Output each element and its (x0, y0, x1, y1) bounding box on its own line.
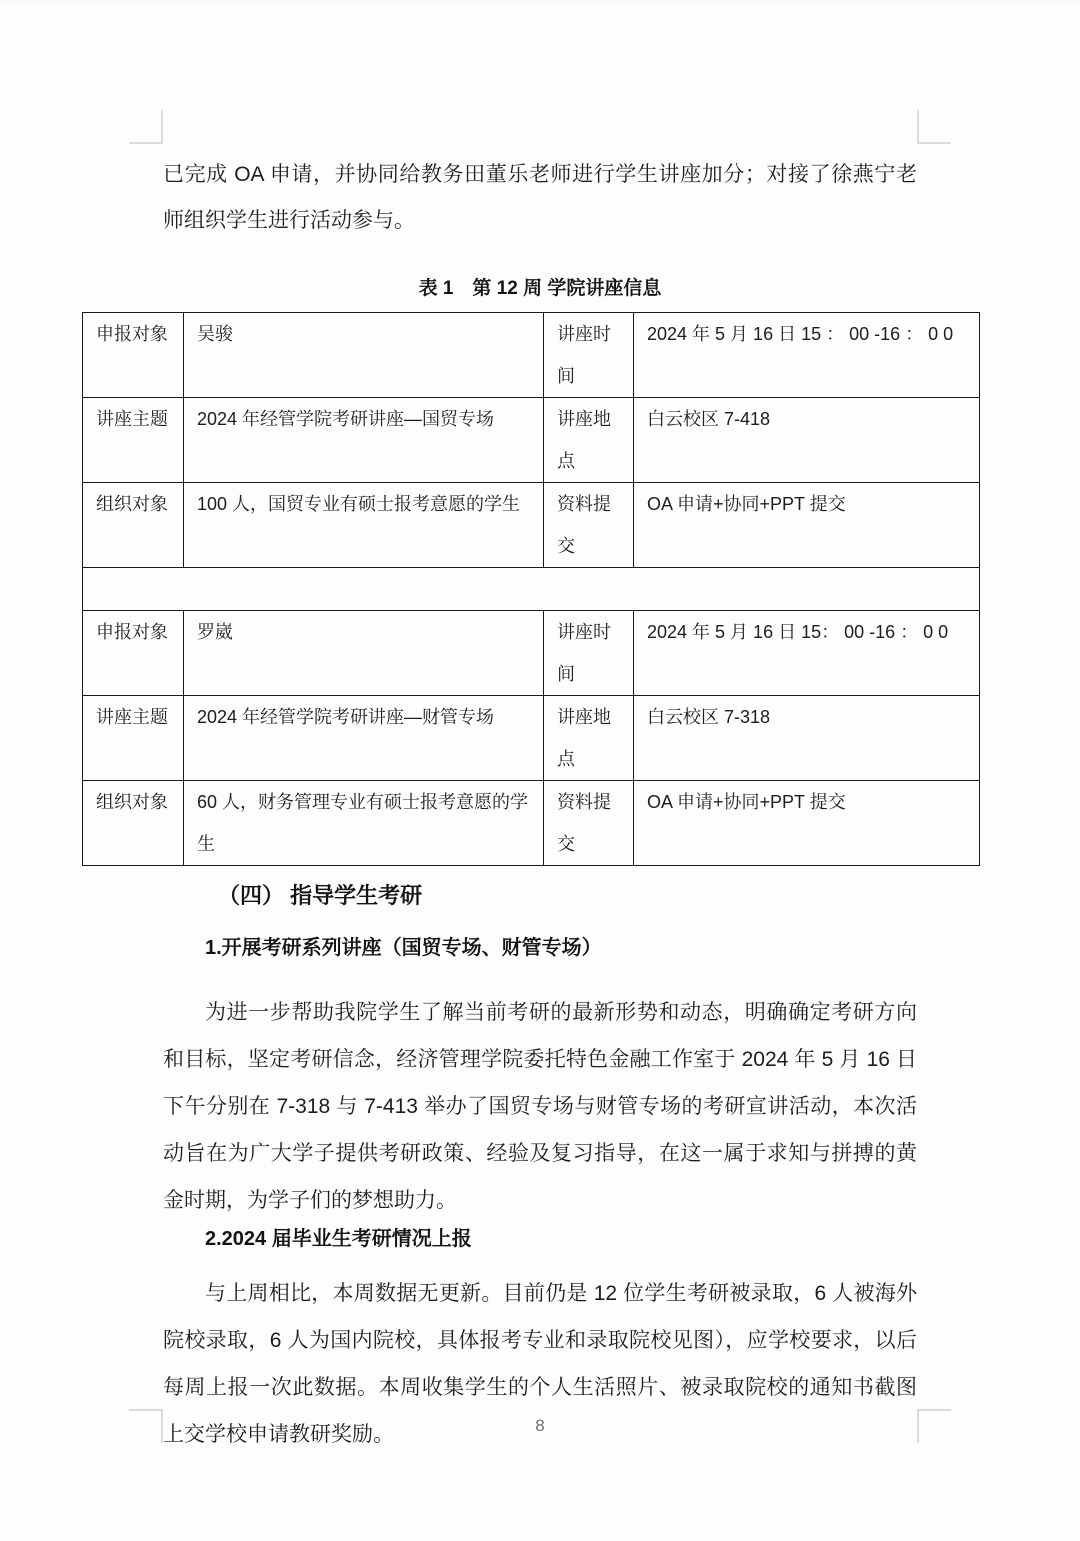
table-row-block1-topic: 讲座主题 2024 年经管学院考研讲座—国贸专场 讲座地点 白云校区 7-418 (83, 398, 980, 483)
paragraph-lecture-series: 为进一步帮助我院学生了解当前考研的最新形势和动态，明确确定考研方向和目标，坚定考… (163, 989, 917, 1224)
margin-crop-mark-top-left (129, 110, 163, 144)
table-row-empty (83, 568, 980, 611)
cell-value: OA 申请+协同+PPT 提交 (634, 781, 980, 866)
cell-value: 白云校区 7-318 (634, 696, 980, 781)
subheading-1-lecture-series: 1.开展考研系列讲座（国贸专场、财管专场） (163, 933, 917, 963)
paragraph-oa-application: 已完成 OA 申请，并协同给教务田董乐老师进行学生讲座加分；对接了徐燕宁老师组织… (163, 152, 917, 244)
document-page: 已完成 OA 申请，并协同给教务田董乐老师进行学生讲座加分；对接了徐燕宁老师组织… (0, 0, 1080, 1541)
cell-value: 2024 年 5 月 16 日 15： 00 -16 ： 0 0 (634, 611, 980, 696)
empty-row-cell (83, 568, 980, 611)
document-content: 已完成 OA 申请，并协同给教务田董乐老师进行学生讲座加分；对接了徐燕宁老师组织… (0, 6, 1080, 1458)
cell-label: 组织对象 (83, 483, 184, 568)
table-caption: 表 1 第 12 周 学院讲座信息 (163, 277, 917, 301)
cell-label: 讲座主题 (83, 696, 184, 781)
margin-crop-mark-top-right (917, 110, 951, 144)
subheading-2-graduate-report: 2.2024 届毕业生考研情况上报 (163, 1224, 917, 1254)
cell-value: 60 人，财务管理专业有硕士报考意愿的学生 (184, 781, 544, 866)
section-heading-4: （四） 指导学生考研 (163, 879, 917, 912)
cell-value: 2024 年 5 月 16 日 15 ： 00 -16 ： 0 0 (634, 313, 980, 398)
cell-label: 资料提交 (544, 483, 634, 568)
table-row-block1-audience: 组织对象 100 人，国贸专业有硕士报考意愿的学生 资料提交 OA 申请+协同+… (83, 483, 980, 568)
cell-value: 2024 年经管学院考研讲座—国贸专场 (184, 398, 544, 483)
table-row-block2-topic: 讲座主题 2024 年经管学院考研讲座—财管专场 讲座地点 白云校区 7-318 (83, 696, 980, 781)
cell-value: OA 申请+协同+PPT 提交 (634, 483, 980, 568)
cell-value: 2024 年经管学院考研讲座—财管专场 (184, 696, 544, 781)
cell-label: 讲座主题 (83, 398, 184, 483)
cell-label: 组织对象 (83, 781, 184, 866)
cell-value: 白云校区 7-418 (634, 398, 980, 483)
table-row-block2-applicant: 申报对象 罗崴 讲座时间 2024 年 5 月 16 日 15： 00 -16 … (83, 611, 980, 696)
cell-label: 资料提交 (544, 781, 634, 866)
page-number: 8 (0, 1416, 1080, 1436)
lecture-info-table: 申报对象 吴骏 讲座时间 2024 年 5 月 16 日 15 ： 00 -16… (82, 312, 980, 866)
table-row-block2-audience: 组织对象 60 人，财务管理专业有硕士报考意愿的学生 资料提交 OA 申请+协同… (83, 781, 980, 866)
cell-label: 讲座地点 (544, 696, 634, 781)
cell-label: 申报对象 (83, 313, 184, 398)
cell-value: 100 人，国贸专业有硕士报考意愿的学生 (184, 483, 544, 568)
cell-label: 讲座时间 (544, 611, 634, 696)
cell-label: 申报对象 (83, 611, 184, 696)
cell-label: 讲座时间 (544, 313, 634, 398)
table-row-block1-applicant: 申报对象 吴骏 讲座时间 2024 年 5 月 16 日 15 ： 00 -16… (83, 313, 980, 398)
cell-label: 讲座地点 (544, 398, 634, 483)
cell-value: 罗崴 (184, 611, 544, 696)
cell-value: 吴骏 (184, 313, 544, 398)
